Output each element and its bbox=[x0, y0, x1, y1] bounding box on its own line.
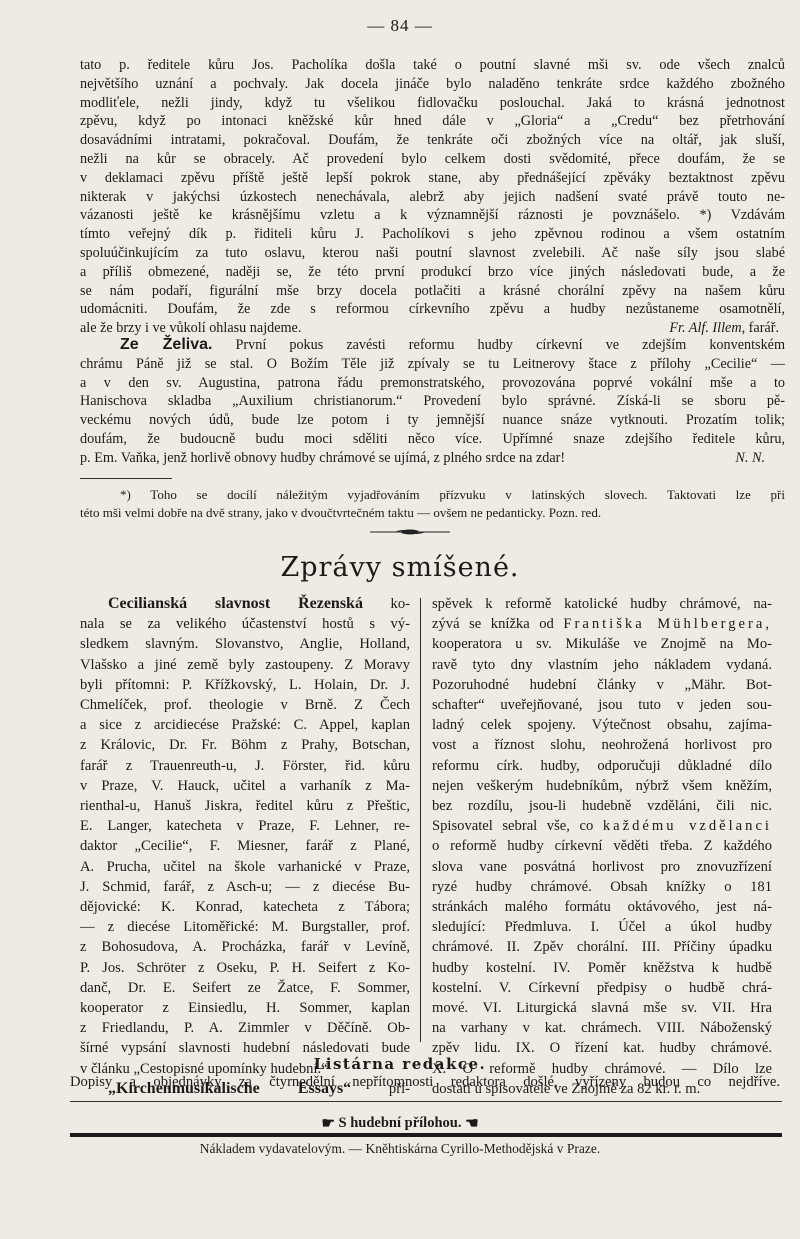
column-divider bbox=[420, 598, 421, 1042]
text-line: v Praze, V. Hauck, učitel a varhaník z M… bbox=[80, 776, 410, 796]
text-line: danč, Dr. E. Seifert ze Žatce, F. Sommer… bbox=[80, 978, 410, 998]
page-number: — 84 — bbox=[0, 16, 800, 36]
text-line: Chmelíček, prof. theologie v Brně. Z Čec… bbox=[80, 695, 410, 715]
text-line: mové. VI. Liturgická slavná mše sv. VII.… bbox=[432, 998, 772, 1018]
pointing-hand-left-icon: ☚ bbox=[465, 1114, 478, 1133]
text-line: sledující: Předmluva. I. Účel a úkol hud… bbox=[432, 917, 772, 937]
text-line: nala se za velikého účastenství hostů s … bbox=[80, 614, 410, 634]
text-line: z Královic, Dr. Fr. Böhm z Prahy, Botsch… bbox=[80, 735, 410, 755]
footnote-line: této mši velmi dobře na dvě strany, jako… bbox=[80, 504, 785, 522]
text-line: Hanischova skladba „Auxilium christianor… bbox=[80, 392, 785, 411]
zeliva-article: Ze Želiva. První pokus zavésti reformu h… bbox=[80, 336, 785, 468]
text-line: bez rozdílu, jsou-li hudebně vzděláni, č… bbox=[432, 796, 772, 816]
text-line: zpěvu, když po intonaci kněžské kůr hned… bbox=[80, 112, 785, 131]
text-line: daktor „Cecilie“, F. Miesner, farář z Pl… bbox=[80, 836, 410, 856]
text-line: reformu círk. hudby, odporučuji důkladné… bbox=[432, 756, 772, 776]
article-continuation: tato p. ředitele kůru Jos. Pacholíka doš… bbox=[80, 56, 785, 338]
text-line: na varhany v kat. chrámech. VIII. Nábože… bbox=[432, 1018, 772, 1038]
text-line: se nám podaří, figurální mše brzy docela… bbox=[80, 282, 785, 301]
article-heading: Ze Želiva. bbox=[120, 336, 212, 353]
pointing-hand-right-icon: ☛ bbox=[321, 1114, 334, 1133]
author-name: Františka Mühlbergera, bbox=[563, 616, 772, 632]
text-line: nejen veškerým hudebníkům, nýbrž všem kn… bbox=[432, 776, 772, 796]
text-line: nežli na kůr se obracely. Ač provedení b… bbox=[80, 150, 785, 169]
text-line: chrámové. II. Zpěv chorální. III. Příčin… bbox=[432, 937, 772, 957]
text-line: zývá se knížka od Františka Mühlbergera, bbox=[432, 614, 772, 634]
text-line: kostelní. V. Církevní předpisy o hudbě c… bbox=[432, 978, 772, 998]
text-line: udomácniti. Doufám, že zde s reformou cí… bbox=[80, 300, 785, 319]
text-line: o reformě hudby církevní věděti třeba. Z… bbox=[432, 836, 772, 856]
listarna-title: Listárna redakce. bbox=[0, 1055, 800, 1073]
text-line: ryzé hudby chrámové. Obsah knížky o 181 bbox=[432, 877, 772, 897]
text-line: Vlašsko a jiné země byly zastoupeny. Z M… bbox=[80, 655, 410, 675]
text-line: dosavádními intratami, pokračoval. Doufá… bbox=[80, 131, 785, 150]
article-heading: Cecilianská slavnost Řezenská bbox=[108, 595, 363, 612]
newspaper-page: — 84 — tato p. ředitele kůru Jos. Pachol… bbox=[0, 0, 800, 1239]
text-line: Pozoruhodné hudební články v „Mähr. Bot- bbox=[432, 675, 772, 695]
imprint: Nákladem vydavatelovým. — Knĕhtiskárna C… bbox=[0, 1141, 800, 1157]
text-line: z Friedlandu, P. A. Zimmler v Děčíně. Ob… bbox=[80, 1018, 410, 1038]
right-column: spěvek k reformě katolické hudby chrámov… bbox=[432, 594, 772, 1099]
section-title: Zprávy smíšené. bbox=[0, 552, 800, 583]
text-line: tato p. ředitele kůru Jos. Pacholíka doš… bbox=[80, 56, 785, 75]
text-line: spěvek k reformě katolické hudby chrámov… bbox=[432, 594, 772, 614]
text-line: E. Langer, katecheta v Praze, F. Lehner,… bbox=[80, 816, 410, 836]
text-line: a příliš obmezené, naději se, že této pr… bbox=[80, 263, 785, 282]
emphasized-text: každému vzdělanci bbox=[603, 818, 772, 834]
text-line: Ze Želiva. První pokus zavésti reformu h… bbox=[80, 336, 785, 355]
text-fragment: Spisovatel sebral vše, co bbox=[432, 818, 593, 834]
text-line: z Bohosudova, A. Procházka, farář v Leví… bbox=[80, 937, 410, 957]
text-line: stránkách malého formátu oktávového, jes… bbox=[432, 897, 772, 917]
closing-line: p. Em. Vaňka, jenž horlivě obnovy hudby … bbox=[80, 449, 785, 468]
text-line: farář z Trauenreuth-u, J. Förster, řid. … bbox=[80, 756, 410, 776]
text-line: slova vane posvátná horlivost pro znovuz… bbox=[432, 857, 772, 877]
footnote-rule bbox=[80, 478, 172, 479]
text-line: schafter“ uveřejňované, jsou tuto v jede… bbox=[432, 695, 772, 715]
text-line: A. Prucha, učitel na škole varhanické v … bbox=[80, 857, 410, 877]
text-line: hudby kostelní. IV. Poměr kněžstva k hud… bbox=[432, 958, 772, 978]
text-line: byli přítomni: P. Křížkovský, L. Holain,… bbox=[80, 675, 410, 695]
text-line: rienthal-u, Hanuš Jiskra, ředitel kůru z… bbox=[80, 796, 410, 816]
text-line: ale že brzy i ve vůkolí ohlasu najdeme. bbox=[80, 320, 301, 336]
thick-rule bbox=[70, 1133, 782, 1137]
text-line: doufám, že budoucně budu moci sděliti ně… bbox=[80, 430, 785, 449]
footnote-line: *) Toho se docílí náležitým vyjadřováním… bbox=[80, 486, 785, 504]
signature: N. N. bbox=[735, 449, 785, 468]
text-fragment: ko- bbox=[391, 596, 410, 612]
text-line: v deklamaci zpěvu příště ještě lepší pok… bbox=[80, 169, 785, 188]
horizontal-rule bbox=[70, 1101, 782, 1102]
text-line: ravě tyto dny vlastním jeho nákladem vyd… bbox=[432, 655, 772, 675]
text-line: p. Em. Vaňka, jenž horlivě obnovy hudby … bbox=[80, 450, 565, 466]
text-line: — z diecése Litoměřické: M. Burgstaller,… bbox=[80, 917, 410, 937]
text-line: a sice z arcidiecése Pražské: C. Appel, … bbox=[80, 715, 410, 735]
supplement-text: S hudební přílohou. bbox=[339, 1115, 462, 1131]
text-fragment: zývá se knížka od bbox=[432, 616, 554, 632]
signature-title: farář. bbox=[749, 320, 779, 336]
text-line: ladný celek spojeny. Výtečnost obsahu, z… bbox=[432, 715, 772, 735]
text-line: Spisovatel sebral vše, co každému vzděla… bbox=[432, 816, 772, 836]
text-line: modliťele, nežli jindy, když tu všelikou… bbox=[80, 94, 785, 113]
text-line: chrámu Páně již se stal. O Božím Těle ji… bbox=[80, 355, 785, 374]
ornament-divider-icon bbox=[370, 529, 450, 535]
text-line: dějovické: K. Konrad, katecheta z Tábora… bbox=[80, 897, 410, 917]
text-line: nikterak v jakýchsi úzkostech nenechával… bbox=[80, 188, 785, 207]
text-fragment: První pokus zavésti reformu hudby církev… bbox=[236, 337, 785, 353]
text-line: tímto veřejný dík p. řiditeli kůru J. Pa… bbox=[80, 225, 785, 244]
supplement-notice: ☛ S hudební přílohou. ☚ bbox=[0, 1114, 800, 1133]
footnote: *) Toho se docílí náležitým vyjadřováním… bbox=[80, 486, 785, 521]
text-line: P. Jos. Schröter z Oseku, P. H. Seifert … bbox=[80, 958, 410, 978]
text-line: J. Schmid, farář, z Asch-u; — z diecése … bbox=[80, 877, 410, 897]
text-line: a v den sv. Augustina, patrona řádu prem… bbox=[80, 374, 785, 393]
listarna-text: Dopisy a objednávky za čtyrnedělní nepří… bbox=[70, 1074, 780, 1091]
text-line: vázanosti ještě ke krásnějšímu vzletu a … bbox=[80, 206, 785, 225]
left-column: Cecilianská slavnost Řezenská ko- nala s… bbox=[80, 594, 410, 1099]
signature-name: Fr. Alf. Illem, bbox=[669, 320, 745, 336]
text-line: největšího uznání a pochvaly. Jak docela… bbox=[80, 75, 785, 94]
text-line: kooperatora u sv. Mikuláše ve Znojmě na … bbox=[432, 634, 772, 654]
text-line: vost a říznost slohu, neohrožená horlivo… bbox=[432, 735, 772, 755]
text-line: sledkem slavným. Slovanstvo, Anglie, Hol… bbox=[80, 634, 410, 654]
text-line: veckému nových údů, bude lze potom i ty … bbox=[80, 411, 785, 430]
text-line: kooperator z Einsiedlu, H. Sommer, kapla… bbox=[80, 998, 410, 1018]
text-line: spoluúčinkujícím za tuto oslavu, kterou … bbox=[80, 244, 785, 263]
text-line: Cecilianská slavnost Řezenská ko- bbox=[80, 594, 410, 614]
